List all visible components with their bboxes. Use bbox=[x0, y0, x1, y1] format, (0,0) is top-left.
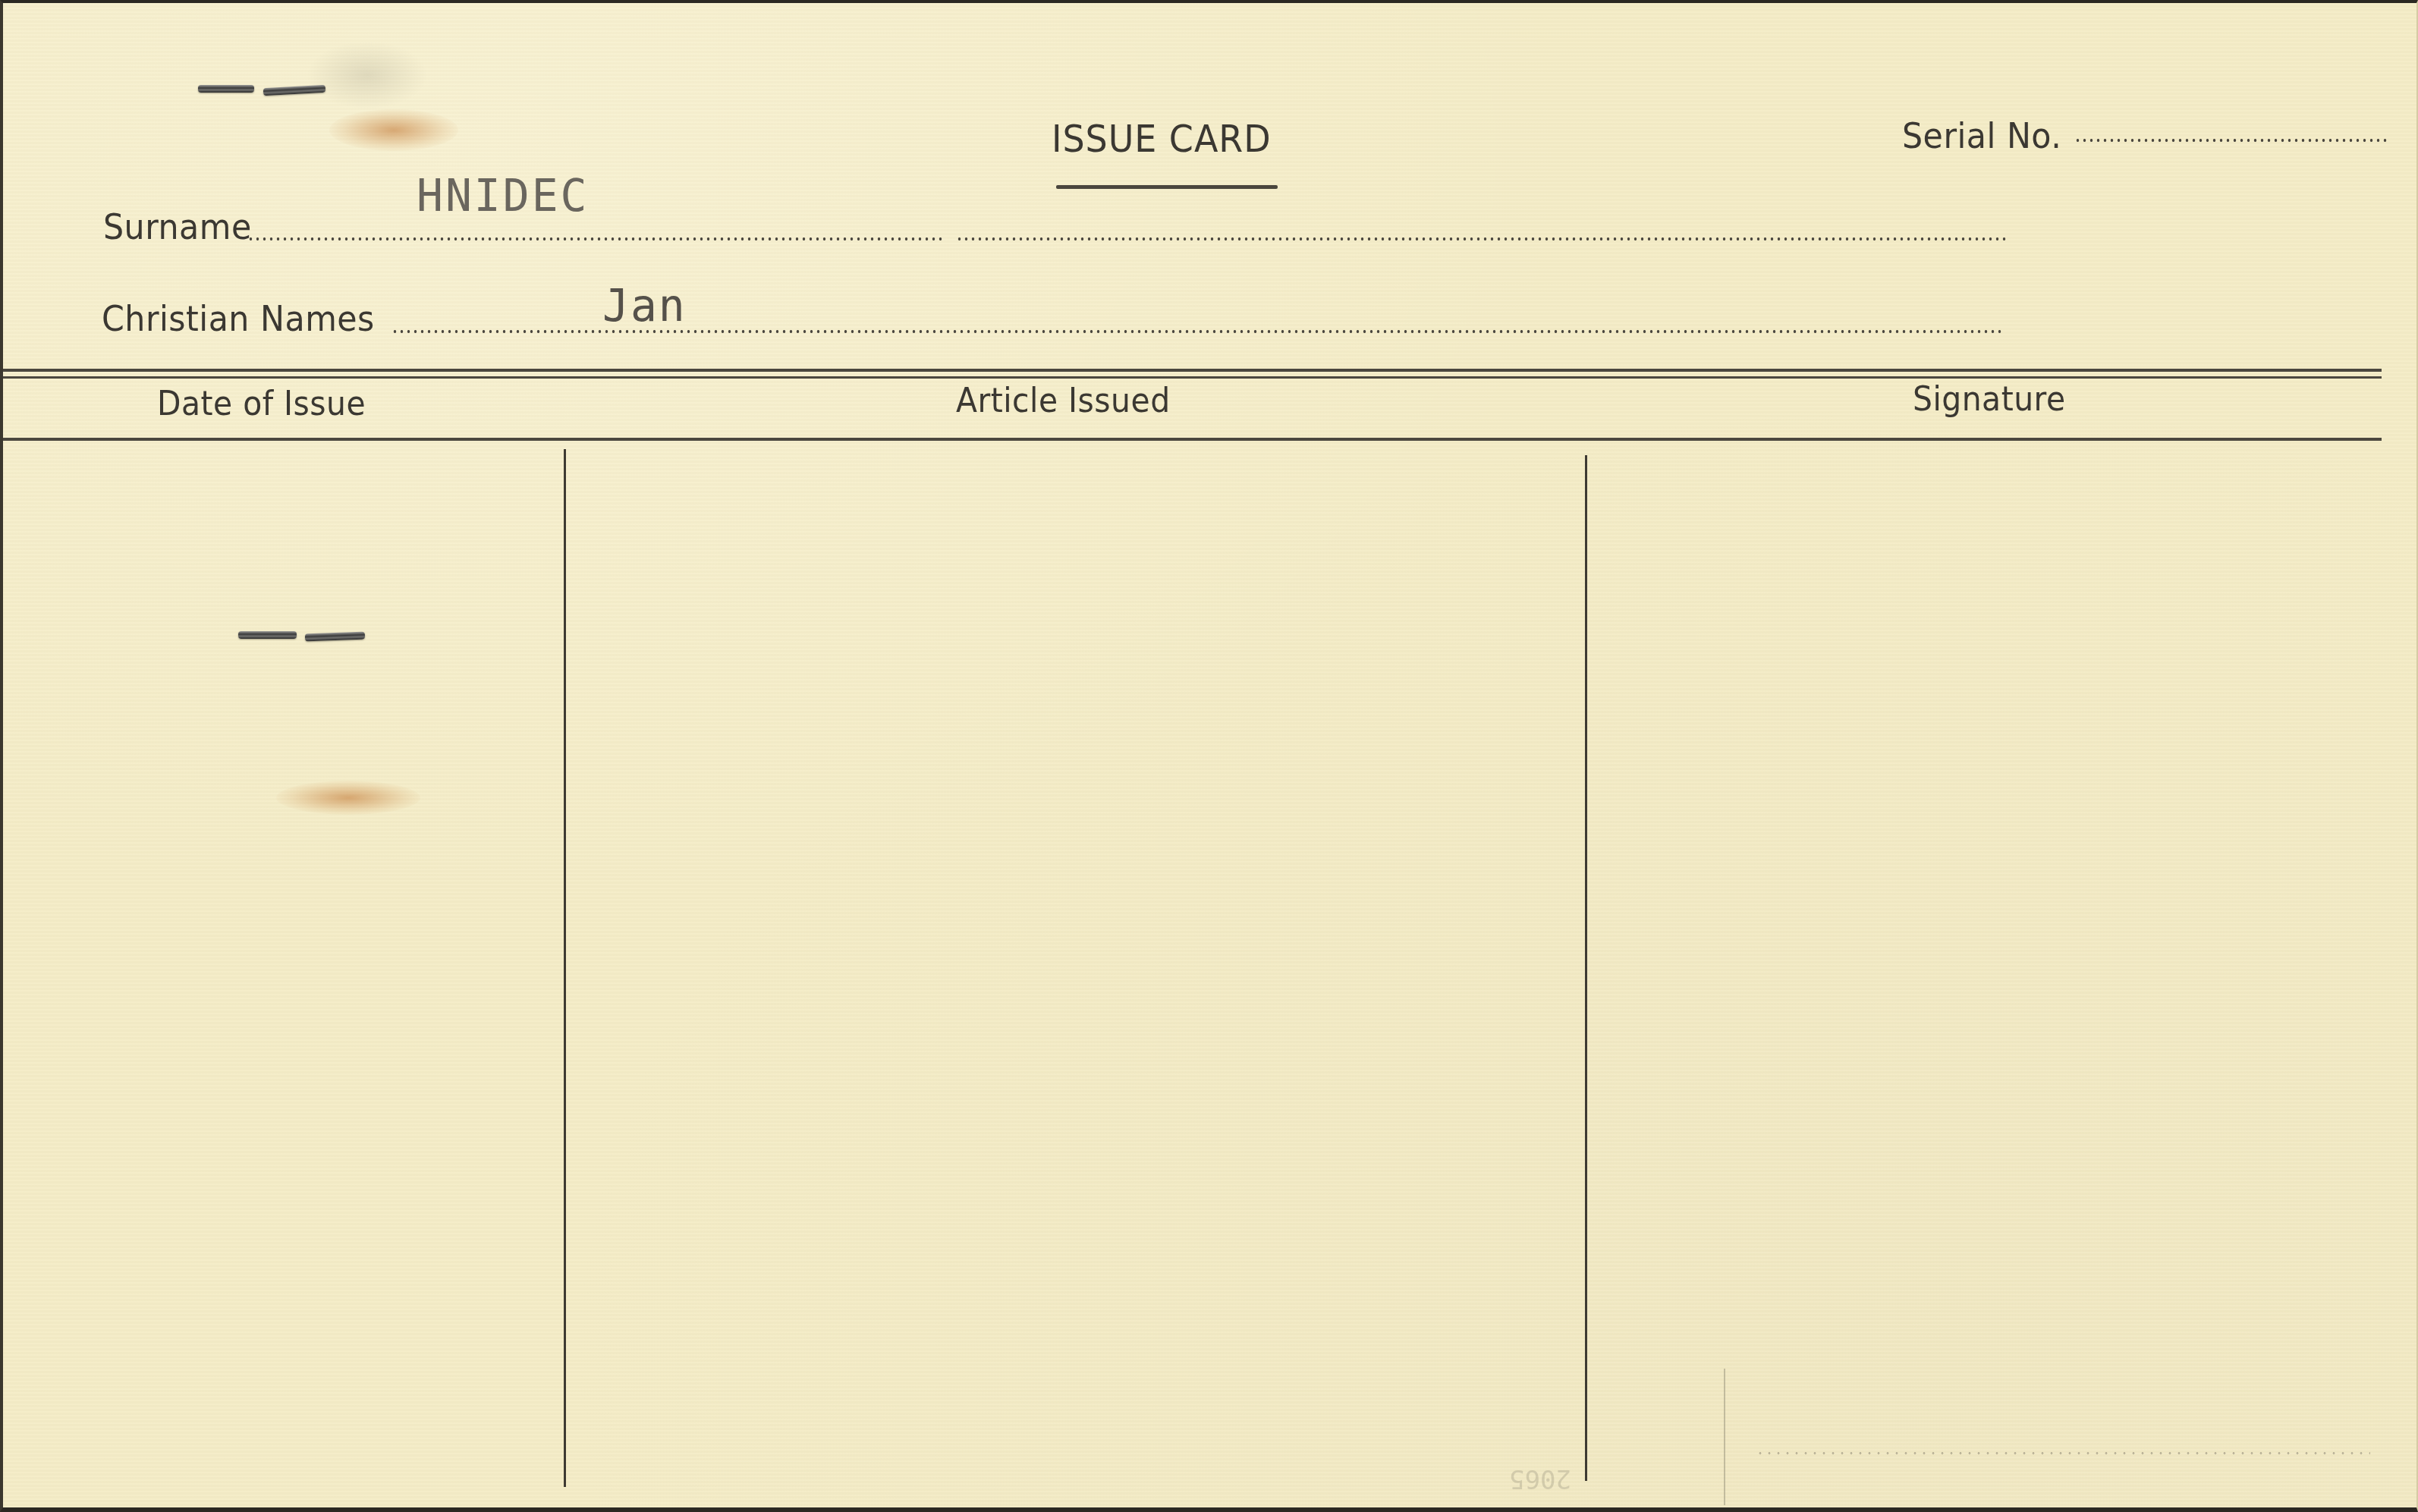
christian-names-value: Jan bbox=[602, 280, 687, 332]
column-divider-article-signature bbox=[1585, 455, 1587, 1481]
serial-number-field[interactable] bbox=[2074, 139, 2389, 142]
staple-top-left-a bbox=[198, 85, 254, 93]
card-title: ISSUE CARD bbox=[1052, 117, 1271, 161]
header-double-rule-bottom bbox=[3, 376, 2382, 379]
surname-label: Surname bbox=[103, 206, 252, 247]
faint-dotted-line bbox=[1756, 1452, 2370, 1454]
column-header-signature: Signature bbox=[1913, 380, 2066, 419]
article-issued-column[interactable] bbox=[567, 443, 1583, 1505]
header-double-rule-top bbox=[3, 369, 2382, 372]
column-header-article-issued: Article Issued bbox=[956, 382, 1171, 420]
title-underline bbox=[1056, 185, 1278, 189]
column-header-date-of-issue: Date of Issue bbox=[157, 385, 366, 423]
smudge-top bbox=[307, 41, 428, 109]
surname-value: HNIDEC bbox=[417, 170, 590, 222]
serial-number-label: Serial No. bbox=[1902, 115, 2061, 156]
signature-column[interactable] bbox=[1589, 443, 2416, 1505]
surname-field-continued bbox=[956, 237, 2006, 240]
faint-vertical-line bbox=[1724, 1369, 1725, 1505]
column-divider-date-article bbox=[564, 449, 566, 1487]
rust-stain-top bbox=[329, 109, 458, 151]
date-of-issue-column[interactable] bbox=[3, 443, 563, 1505]
issue-card: ISSUE CARD Serial No. Surname HNIDEC Chr… bbox=[0, 0, 2418, 1512]
bleed-through-number: 2065 bbox=[1509, 1463, 1571, 1494]
surname-field[interactable] bbox=[247, 237, 944, 240]
header-bottom-rule bbox=[3, 438, 2382, 441]
christian-names-label: Christian Names bbox=[102, 298, 375, 339]
